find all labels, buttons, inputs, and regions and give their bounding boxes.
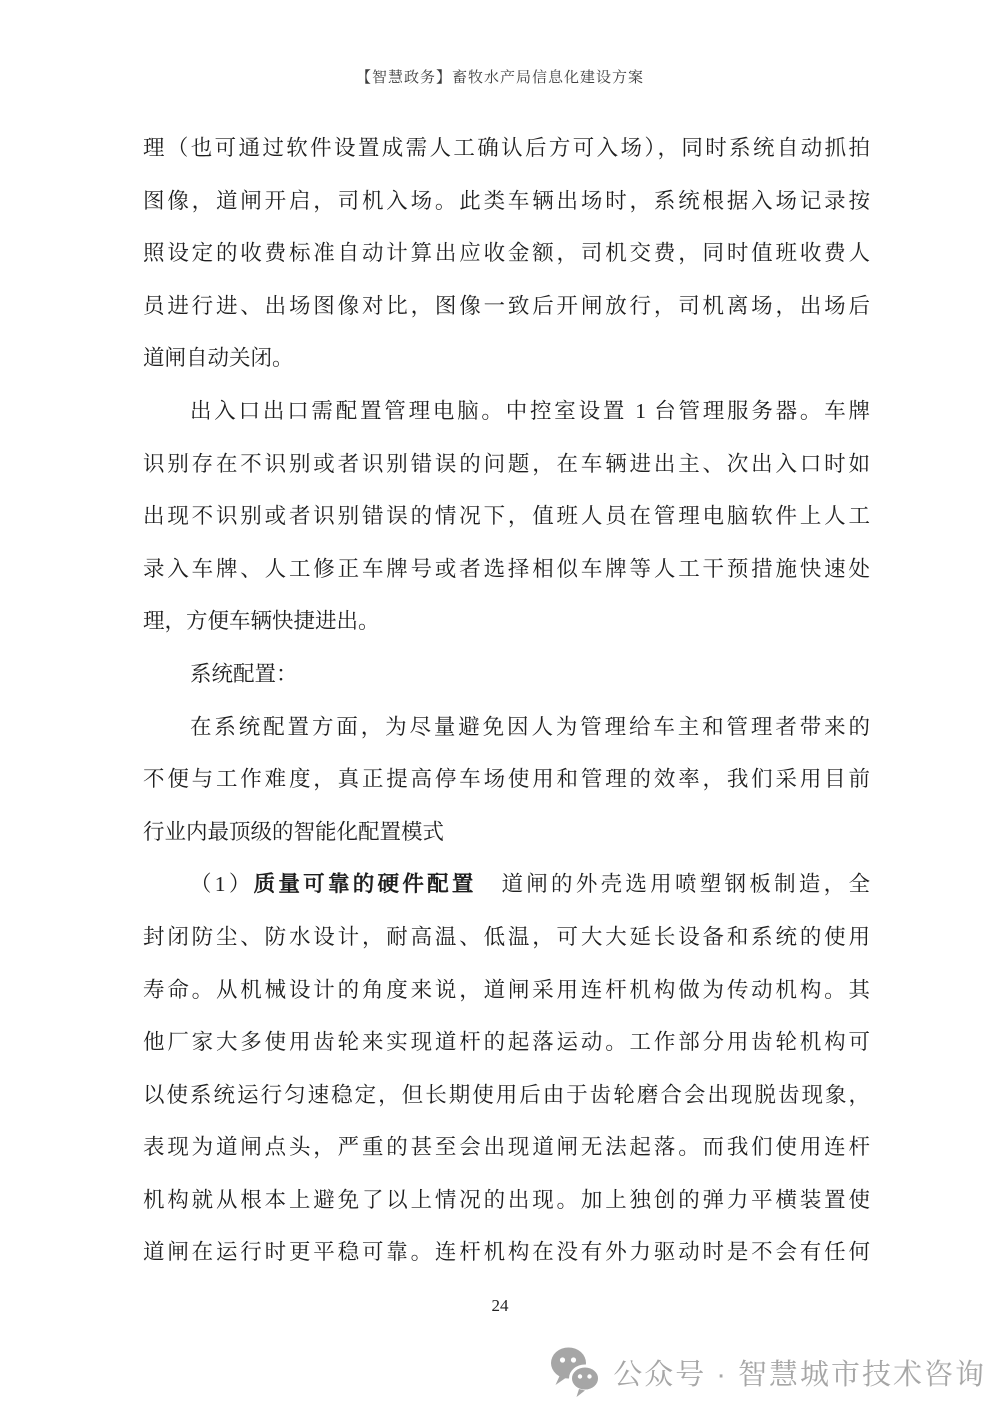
body-line: 理（也可通过软件设置成需人工确认后方可入场），同时系统自动抓拍 [143,122,870,175]
page-number: 24 [0,1296,1000,1316]
body-line: 出入口出口需配置管理电脑。中控室设置 1 台管理服务器。车牌 [143,385,870,438]
footer-watermark: 公众号 · 智慧城市技术咨询 [549,1340,986,1404]
body-line: 封闭防尘、防水设计，耐高温、低温，可大大延长设备和系统的使用 [143,911,870,964]
body-line: 以使系统运行匀速稳定，但长期使用后由于齿轮磨合会出现脱齿现象， [143,1069,870,1122]
body-line: 录入车牌、人工修正车牌号或者选择相似车牌等人工干预措施快速处 [143,543,870,596]
wechat-icon [549,1345,601,1399]
body-line: 表现为道闸点头，严重的甚至会出现道闸无法起落。而我们使用连杆 [143,1121,870,1174]
page-header: 【智慧政务】畜牧水产局信息化建设方案 [0,66,1000,87]
body-line: 理，方便车辆快捷进出。 [143,595,870,648]
body-line: 不便与工作难度，真正提高停车场使用和管理的效率，我们采用目前 [143,753,870,806]
body-line: 识别存在不识别或者识别错误的问题，在车辆进出主、次出入口时如 [143,438,870,491]
body-line: 图像，道闸开启，司机入场。此类车辆出场时，系统根据入场记录按 [143,175,870,228]
body-line: 出现不识别或者识别错误的情况下，值班人员在管理电脑软件上人工 [143,490,870,543]
document-body: 理（也可通过软件设置成需人工确认后方可入场），同时系统自动抓拍图像，道闸开启，司… [143,122,870,1279]
body-line: 他厂家大多使用齿轮来实现道杆的起落运动。工作部分用齿轮机构可 [143,1016,870,1069]
body-line: 照设定的收费标准自动计算出应收金额，司机交费，同时值班收费人 [143,227,870,280]
footer-text: 公众号 · 智慧城市技术咨询 [613,1352,986,1393]
body-line: 道闸自动关闭。 [143,332,870,385]
body-line: 员进行进、出场图像对比，图像一致后开闸放行，司机离场，出场后 [143,280,870,333]
document-page: 【智慧政务】畜牧水产局信息化建设方案 理（也可通过软件设置成需人工确认后方可入场… [0,0,1000,1414]
body-line: 系统配置： [143,648,870,701]
bold-heading: 质量可靠的硬件配置 [254,872,477,896]
body-line: 机构就从根本上避免了以上情况的出现。加上独创的弹力平横装置使 [143,1174,870,1227]
body-line: 在系统配置方面，为尽量避免因人为管理给车主和管理者带来的 [143,701,870,754]
body-line: （1）质量可靠的硬件配置 道闸的外壳选用喷塑钢板制造，全 [143,858,870,911]
body-line: 寿命。从机械设计的角度来说，道闸采用连杆机构做为传动机构。其 [143,964,870,1017]
body-line: 行业内最顶级的智能化配置模式 [143,806,870,859]
body-line: 道闸在运行时更平稳可靠。连杆机构在没有外力驱动时是不会有任何 [143,1226,870,1279]
